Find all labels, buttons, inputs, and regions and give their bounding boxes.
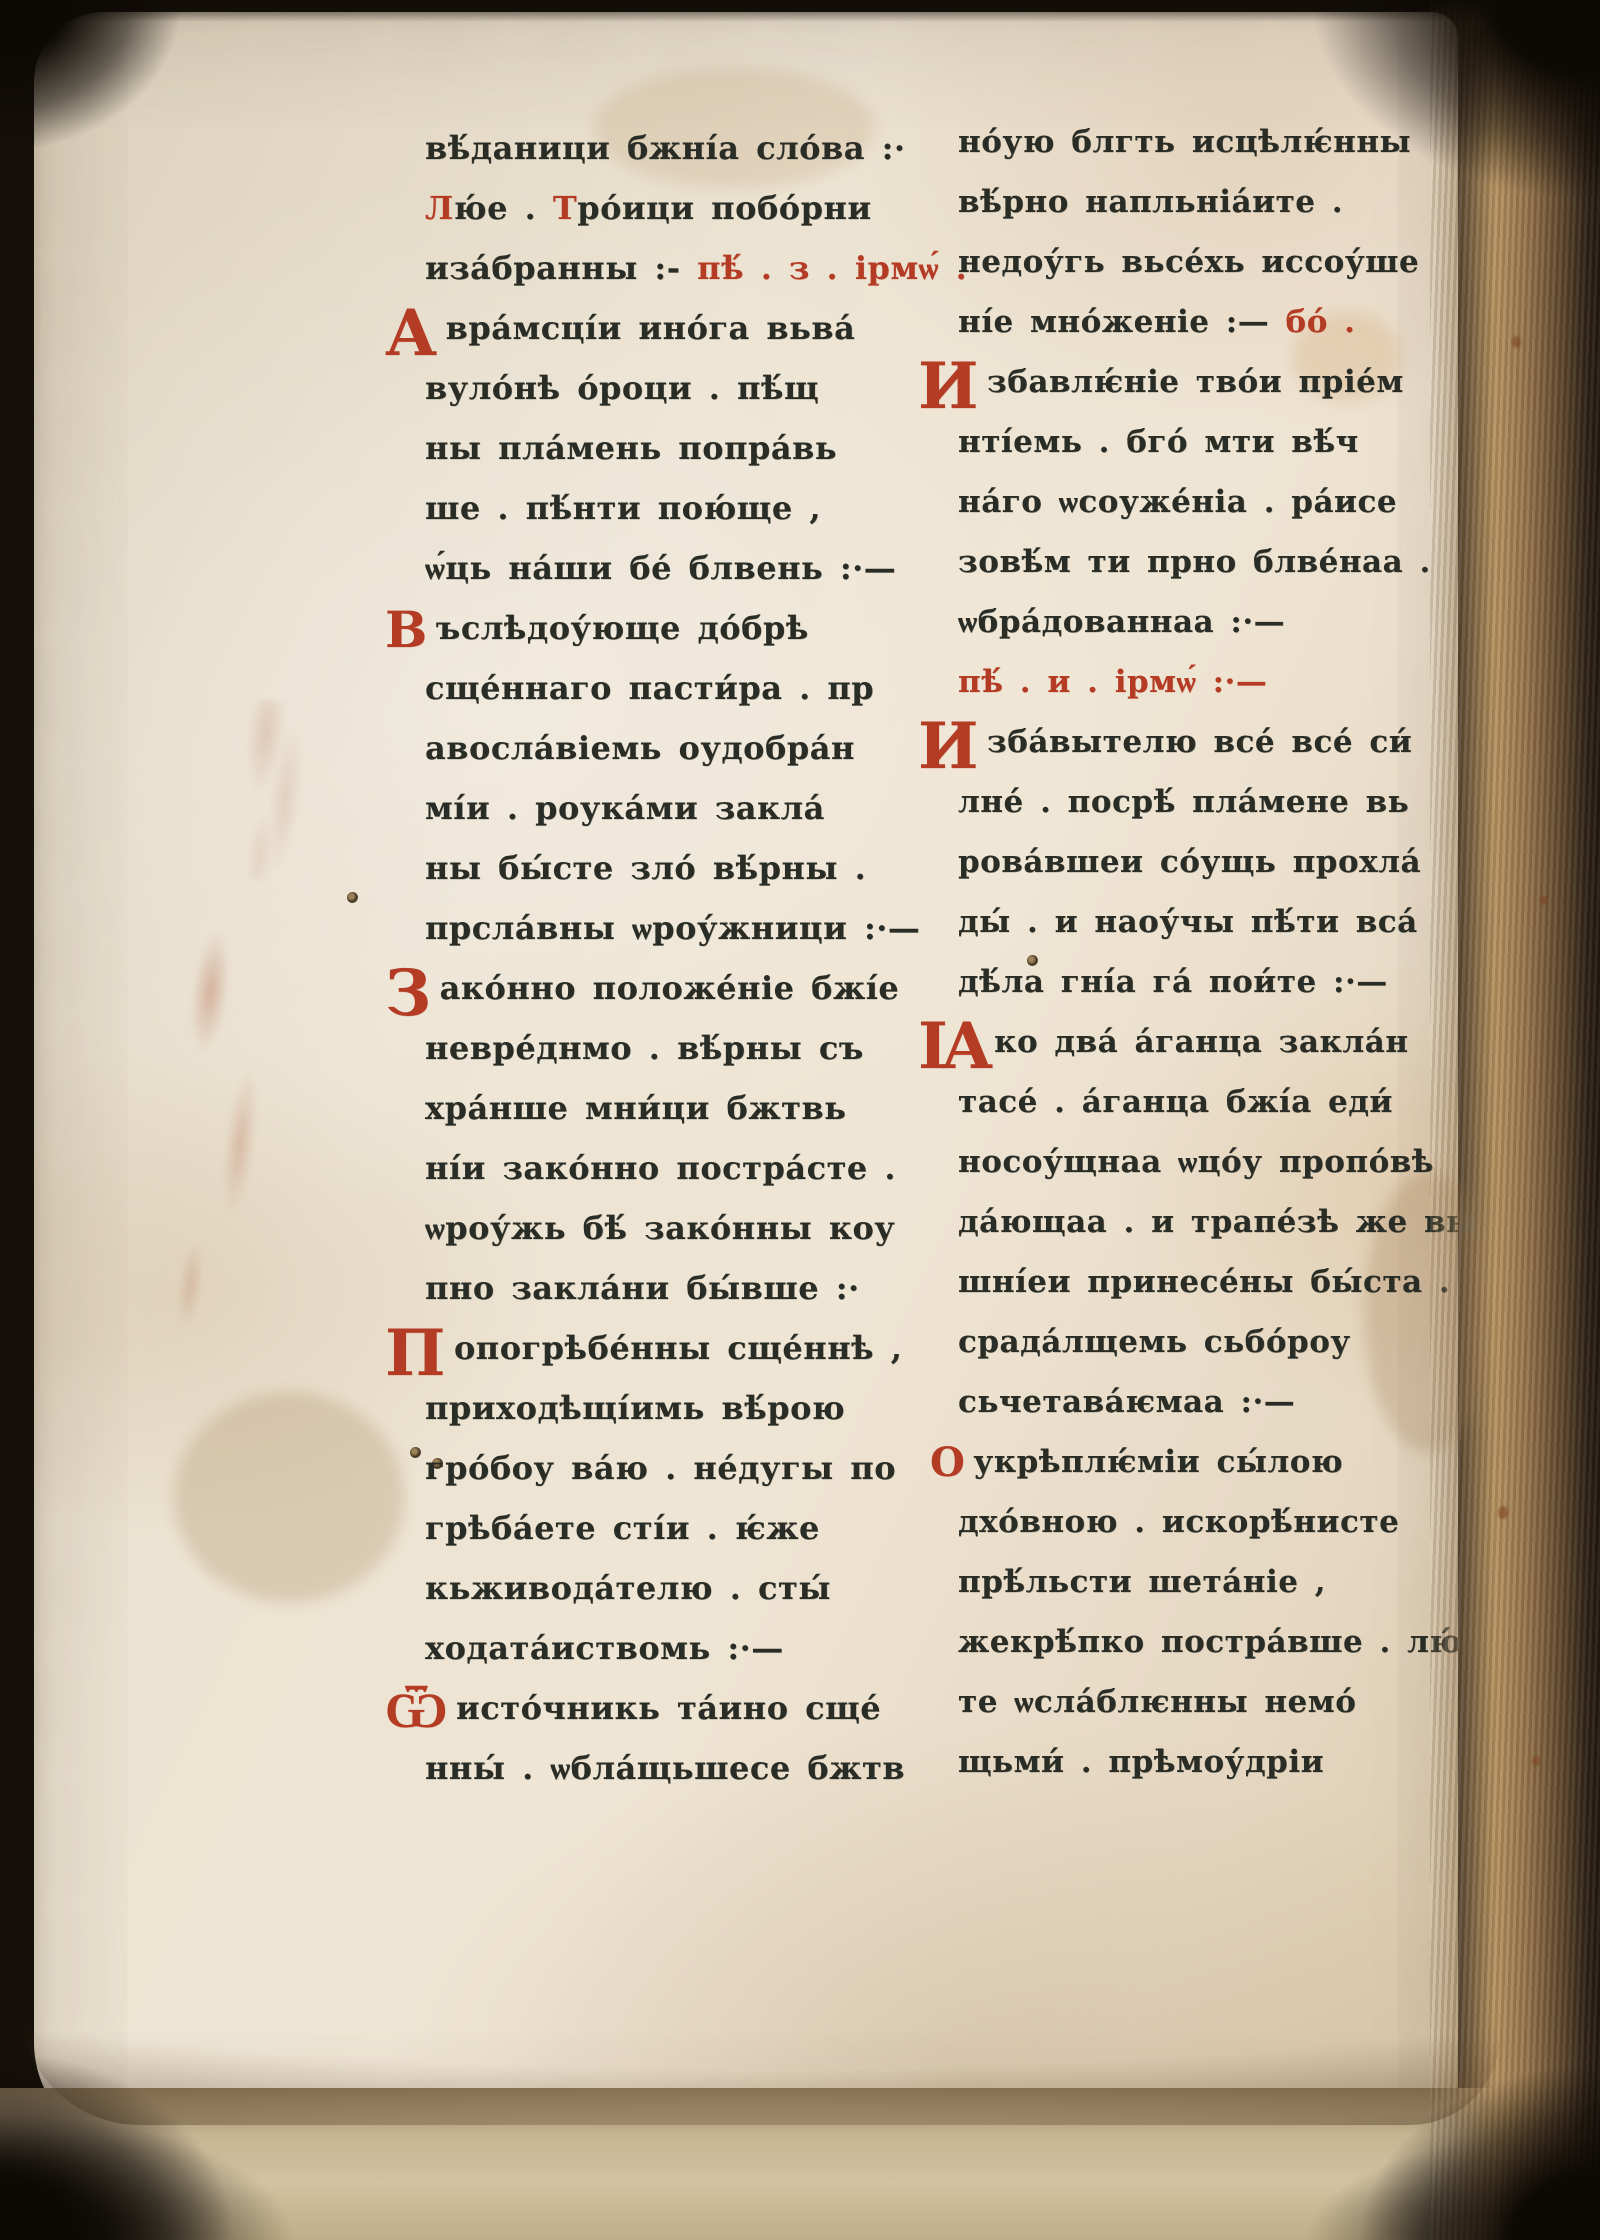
photo-corner-shadow — [0, 0, 240, 200]
text-segment: пно закла́ни бы́вше :· — [425, 1269, 860, 1307]
text-line: кьживода́телю . сты́ — [425, 1558, 895, 1618]
text-line: ІАко два́ а́ганца закла́н — [958, 1012, 1368, 1072]
text-line: авосла́віемь оудобра́н — [425, 718, 895, 778]
text-line: грѣба́ете сті́и . ѥ́же — [425, 1498, 895, 1558]
ink-bleed-through-mark — [116, 909, 327, 1355]
text-segment: ходата́иствомь :·— — [425, 1629, 784, 1667]
text-segment: сьчетава́ѥмаа :·— — [958, 1384, 1295, 1420]
text-line: иза́бранны :- пѣ́ . з . ірмѡ́ . — [425, 238, 895, 298]
text-line: те ѡсла́блѥнны немо́ — [958, 1672, 1368, 1732]
text-line: Авра́мсці́и ино́га вьва́ — [425, 298, 895, 358]
text-line: дѣ́ла гні́а га́ пои́те :·— — [958, 952, 1368, 1012]
text-segment: приходѣщі́имь вѣ́рою — [425, 1389, 845, 1427]
text-line: Оукрѣплѥ́міи сы́лою — [958, 1432, 1368, 1492]
text-line: ны пла́мень попра́вь — [425, 418, 895, 478]
text-line: щьми́ . прѣмоу́дріи — [958, 1732, 1368, 1792]
text-line: Попогрѣбе́нны сще́ннѣ , — [425, 1318, 895, 1378]
text-segment: збавлѥ́ніе тво́и пріе́м — [987, 364, 1404, 400]
text-line: ѡроу́жь бѣ́ зако́нны коу — [425, 1198, 895, 1258]
rubric-text: пѣ́ . и . ірмѡ́ :·— — [958, 664, 1267, 700]
text-segment: ако́нно положе́ніе бжі́е — [440, 969, 900, 1007]
wormhole — [347, 892, 358, 903]
text-segment: прѣ́льсти шета́ніе , — [958, 1564, 1326, 1600]
text-line: приходѣщі́имь вѣ́рою — [425, 1378, 895, 1438]
text-line: вѣ́даници бжні́а сло́ва :· — [425, 118, 895, 178]
text-line: невре́днмо . вѣ́рны съ — [425, 1018, 895, 1078]
text-segment: рова́вшеи со́ущь прохла́ — [958, 844, 1421, 880]
text-line: жекрѣ́пко постра́вше . лю́ — [958, 1612, 1368, 1672]
text-segment: носоу́щнаа ѡцо́у пропо́вѣ — [958, 1144, 1434, 1180]
text-segment: жекрѣ́пко постра́вше . лю́ — [958, 1624, 1462, 1660]
text-segment: ны бы́сте зло́ вѣ́рны . — [425, 849, 866, 887]
text-segment: вра́мсці́и ино́га вьва́ — [446, 309, 856, 347]
text-segment: дѣ́ла гні́а га́ пои́те :·— — [958, 964, 1388, 1000]
text-segment: невре́днмо . вѣ́рны съ — [425, 1029, 864, 1067]
text-segment: ѡроу́жь бѣ́ зако́нны коу — [425, 1209, 895, 1247]
text-line: зовѣ́м ти прно блве́наа . — [958, 532, 1368, 592]
text-line: ѡ́ць на́ши бе́ блвень :·— — [425, 538, 895, 598]
rubric-text: Т — [553, 189, 577, 227]
text-line: хра́нше мни́ци бжтвь — [425, 1078, 895, 1138]
text-line: ні́е мно́женіе :— бо́ . — [958, 292, 1368, 352]
text-line: Лю́е . Тро́ици побо́рни — [425, 178, 895, 238]
text-line: гро́боу ва́ю . не́дугы по — [425, 1438, 895, 1498]
text-segment: опогрѣбе́нны сще́ннѣ , — [454, 1329, 902, 1367]
text-segment: мі́и . роука́ми закла́ — [425, 789, 825, 827]
text-line: носоу́щнаа ѡцо́у пропо́вѣ — [958, 1132, 1368, 1192]
photo-corner-shadow — [1300, 2020, 1600, 2240]
rust-speck — [1532, 1756, 1540, 1766]
text-line: сще́ннаго пасти́ра . пр — [425, 658, 895, 718]
rubric-text: бо́ . — [1286, 304, 1356, 340]
text-segment: укрѣплѥ́міи сы́лою — [973, 1444, 1343, 1480]
text-segment: ко два́ а́ганца закла́н — [994, 1024, 1408, 1060]
text-segment: дхо́вною . искорѣ́нисте — [958, 1504, 1399, 1540]
text-line: шні́еи принесе́ны бы́ста . — [958, 1252, 1368, 1312]
text-segment: нті́емь . бго́ мти вѣ́ч — [958, 424, 1359, 460]
text-segment: зовѣ́м ти прно блве́наа . — [958, 544, 1431, 580]
text-segment: ні́и зако́нно постра́сте . — [425, 1149, 896, 1187]
text-segment: ро́ици побо́рни — [577, 189, 871, 227]
text-line: Избавлѥ́ніе тво́и пріе́м — [958, 352, 1368, 412]
text-segment: гро́боу ва́ю . не́дугы по — [425, 1449, 896, 1487]
text-line: ходата́иствомь :·— — [425, 1618, 895, 1678]
text-line: сьчетава́ѥмаа :·— — [958, 1372, 1368, 1432]
text-segment: вуло́нѣ о́роци . пѣ́щ — [425, 369, 819, 407]
text-segment: ше . пѣ́нти пою́ще , — [425, 489, 821, 527]
parchment-stain — [174, 1392, 404, 1602]
text-line: Зако́нно положе́ніе бжі́е — [425, 958, 895, 1018]
text-line: пѣ́ . и . ірмѡ́ :·— — [958, 652, 1368, 712]
text-line: пно закла́ни бы́вше :· — [425, 1258, 895, 1318]
text-segment: сще́ннаго пасти́ра . пр — [425, 669, 874, 707]
text-segment: прсла́вны ѡроу́жници :·— — [425, 909, 920, 947]
text-segment: ю́е . — [454, 189, 553, 227]
text-line: рова́вшеи со́ущь прохла́ — [958, 832, 1368, 892]
text-line: срада́лщемь сьбо́роу — [958, 1312, 1368, 1372]
text-line: ны бы́сте зло́ вѣ́рны . — [425, 838, 895, 898]
text-line: ше . пѣ́нти пою́ще , — [425, 478, 895, 538]
text-segment: ъслѣдоу́юще до́брѣ — [436, 609, 809, 647]
text-segment: ні́е мно́женіе :— — [958, 304, 1286, 340]
right-column: но́ую блгть исцѣлѥ́ннывѣ́рно напльніа́ит… — [958, 112, 1368, 1792]
text-line: прсла́вны ѡроу́жници :·— — [425, 898, 895, 958]
text-line: вуло́нѣ о́роци . пѣ́щ — [425, 358, 895, 418]
rust-speck — [1512, 336, 1521, 348]
text-line: ды́ . и наоу́чы пѣ́ти вса́ — [958, 892, 1368, 952]
rust-speck — [1498, 1506, 1508, 1519]
text-line: ѡбра́дованнаа :·— — [958, 592, 1368, 652]
photo-scene: вѣ́даници бжні́а сло́ва :·Лю́е . Тро́ици… — [0, 0, 1600, 2240]
text-line: да́ющаа . и трапе́зѣ же вы́ — [958, 1192, 1368, 1252]
left-column: вѣ́даници бжні́а сло́ва :·Лю́е . Тро́ици… — [425, 118, 895, 1798]
text-segment: зба́вытелю все́ все́ си́ — [987, 724, 1412, 760]
text-segment: на́го ѡсоуже́ніа . ра́исе — [958, 484, 1397, 520]
text-line: Изба́вытелю все́ все́ си́ — [958, 712, 1368, 772]
text-segment: авосла́віемь оудобра́н — [425, 729, 855, 767]
wormhole — [410, 1447, 421, 1458]
rubric-text: Л — [425, 189, 454, 227]
text-segment: вѣ́даници бжні́а сло́ва :· — [425, 129, 906, 167]
text-line: нті́емь . бго́ мти вѣ́ч — [958, 412, 1368, 472]
text-segment: исто́чникь та́ино сще́ — [456, 1689, 881, 1727]
text-line: нны́ . ѡбла́щьшесе бжтв — [425, 1738, 895, 1798]
text-line: Въслѣдоу́юще до́брѣ — [425, 598, 895, 658]
text-line: на́го ѡсоуже́ніа . ра́исе — [958, 472, 1368, 532]
text-segment: те ѡсла́блѥнны немо́ — [958, 1684, 1356, 1720]
rust-speck — [1540, 896, 1547, 905]
text-segment: ѡбра́дованнаа :·— — [958, 604, 1285, 640]
text-segment: тасе́ . а́ганца бжі́а еди́ — [958, 1084, 1393, 1120]
text-segment: ды́ . и наоу́чы пѣ́ти вса́ — [958, 904, 1418, 940]
rubric-text: пѣ́ . з . ірмѡ́ . — [697, 249, 967, 287]
photo-corner-shadow — [0, 2000, 300, 2240]
text-segment: щьми́ . прѣмоу́дріи — [958, 1744, 1324, 1780]
text-line: мі́и . роука́ми закла́ — [425, 778, 895, 838]
text-segment: грѣба́ете сті́и . ѥ́же — [425, 1509, 820, 1547]
text-segment: срада́лщемь сьбо́роу — [958, 1324, 1351, 1360]
ink-bleed-through-mark — [219, 697, 330, 887]
text-line: тасе́ . а́ганца бжі́а еди́ — [958, 1072, 1368, 1132]
text-line: ні́и зако́нно постра́сте . — [425, 1138, 895, 1198]
text-segment: ны пла́мень попра́вь — [425, 429, 837, 467]
text-segment: иза́бранны :- — [425, 249, 697, 287]
text-segment: нны́ . ѡбла́щьшесе бжтв — [425, 1749, 905, 1787]
text-segment: хра́нше мни́ци бжтвь — [425, 1089, 846, 1127]
text-segment: шні́еи принесе́ны бы́ста . — [958, 1264, 1450, 1300]
text-line: дхо́вною . искорѣ́нисте — [958, 1492, 1368, 1552]
photo-corner-shadow — [1240, 0, 1600, 250]
text-segment: кьживода́телю . сты́ — [425, 1569, 831, 1607]
text-segment: да́ющаа . и трапе́зѣ же вы́ — [958, 1204, 1478, 1240]
text-line: Ѿисто́чникь та́ино сще́ — [425, 1678, 895, 1738]
text-segment: ѡ́ць на́ши бе́ блвень :·— — [425, 549, 896, 587]
text-segment: лне́ . посрѣ́ пла́мене вь — [958, 784, 1409, 820]
text-line: лне́ . посрѣ́ пла́мене вь — [958, 772, 1368, 832]
text-line: прѣ́льсти шета́ніе , — [958, 1552, 1368, 1612]
